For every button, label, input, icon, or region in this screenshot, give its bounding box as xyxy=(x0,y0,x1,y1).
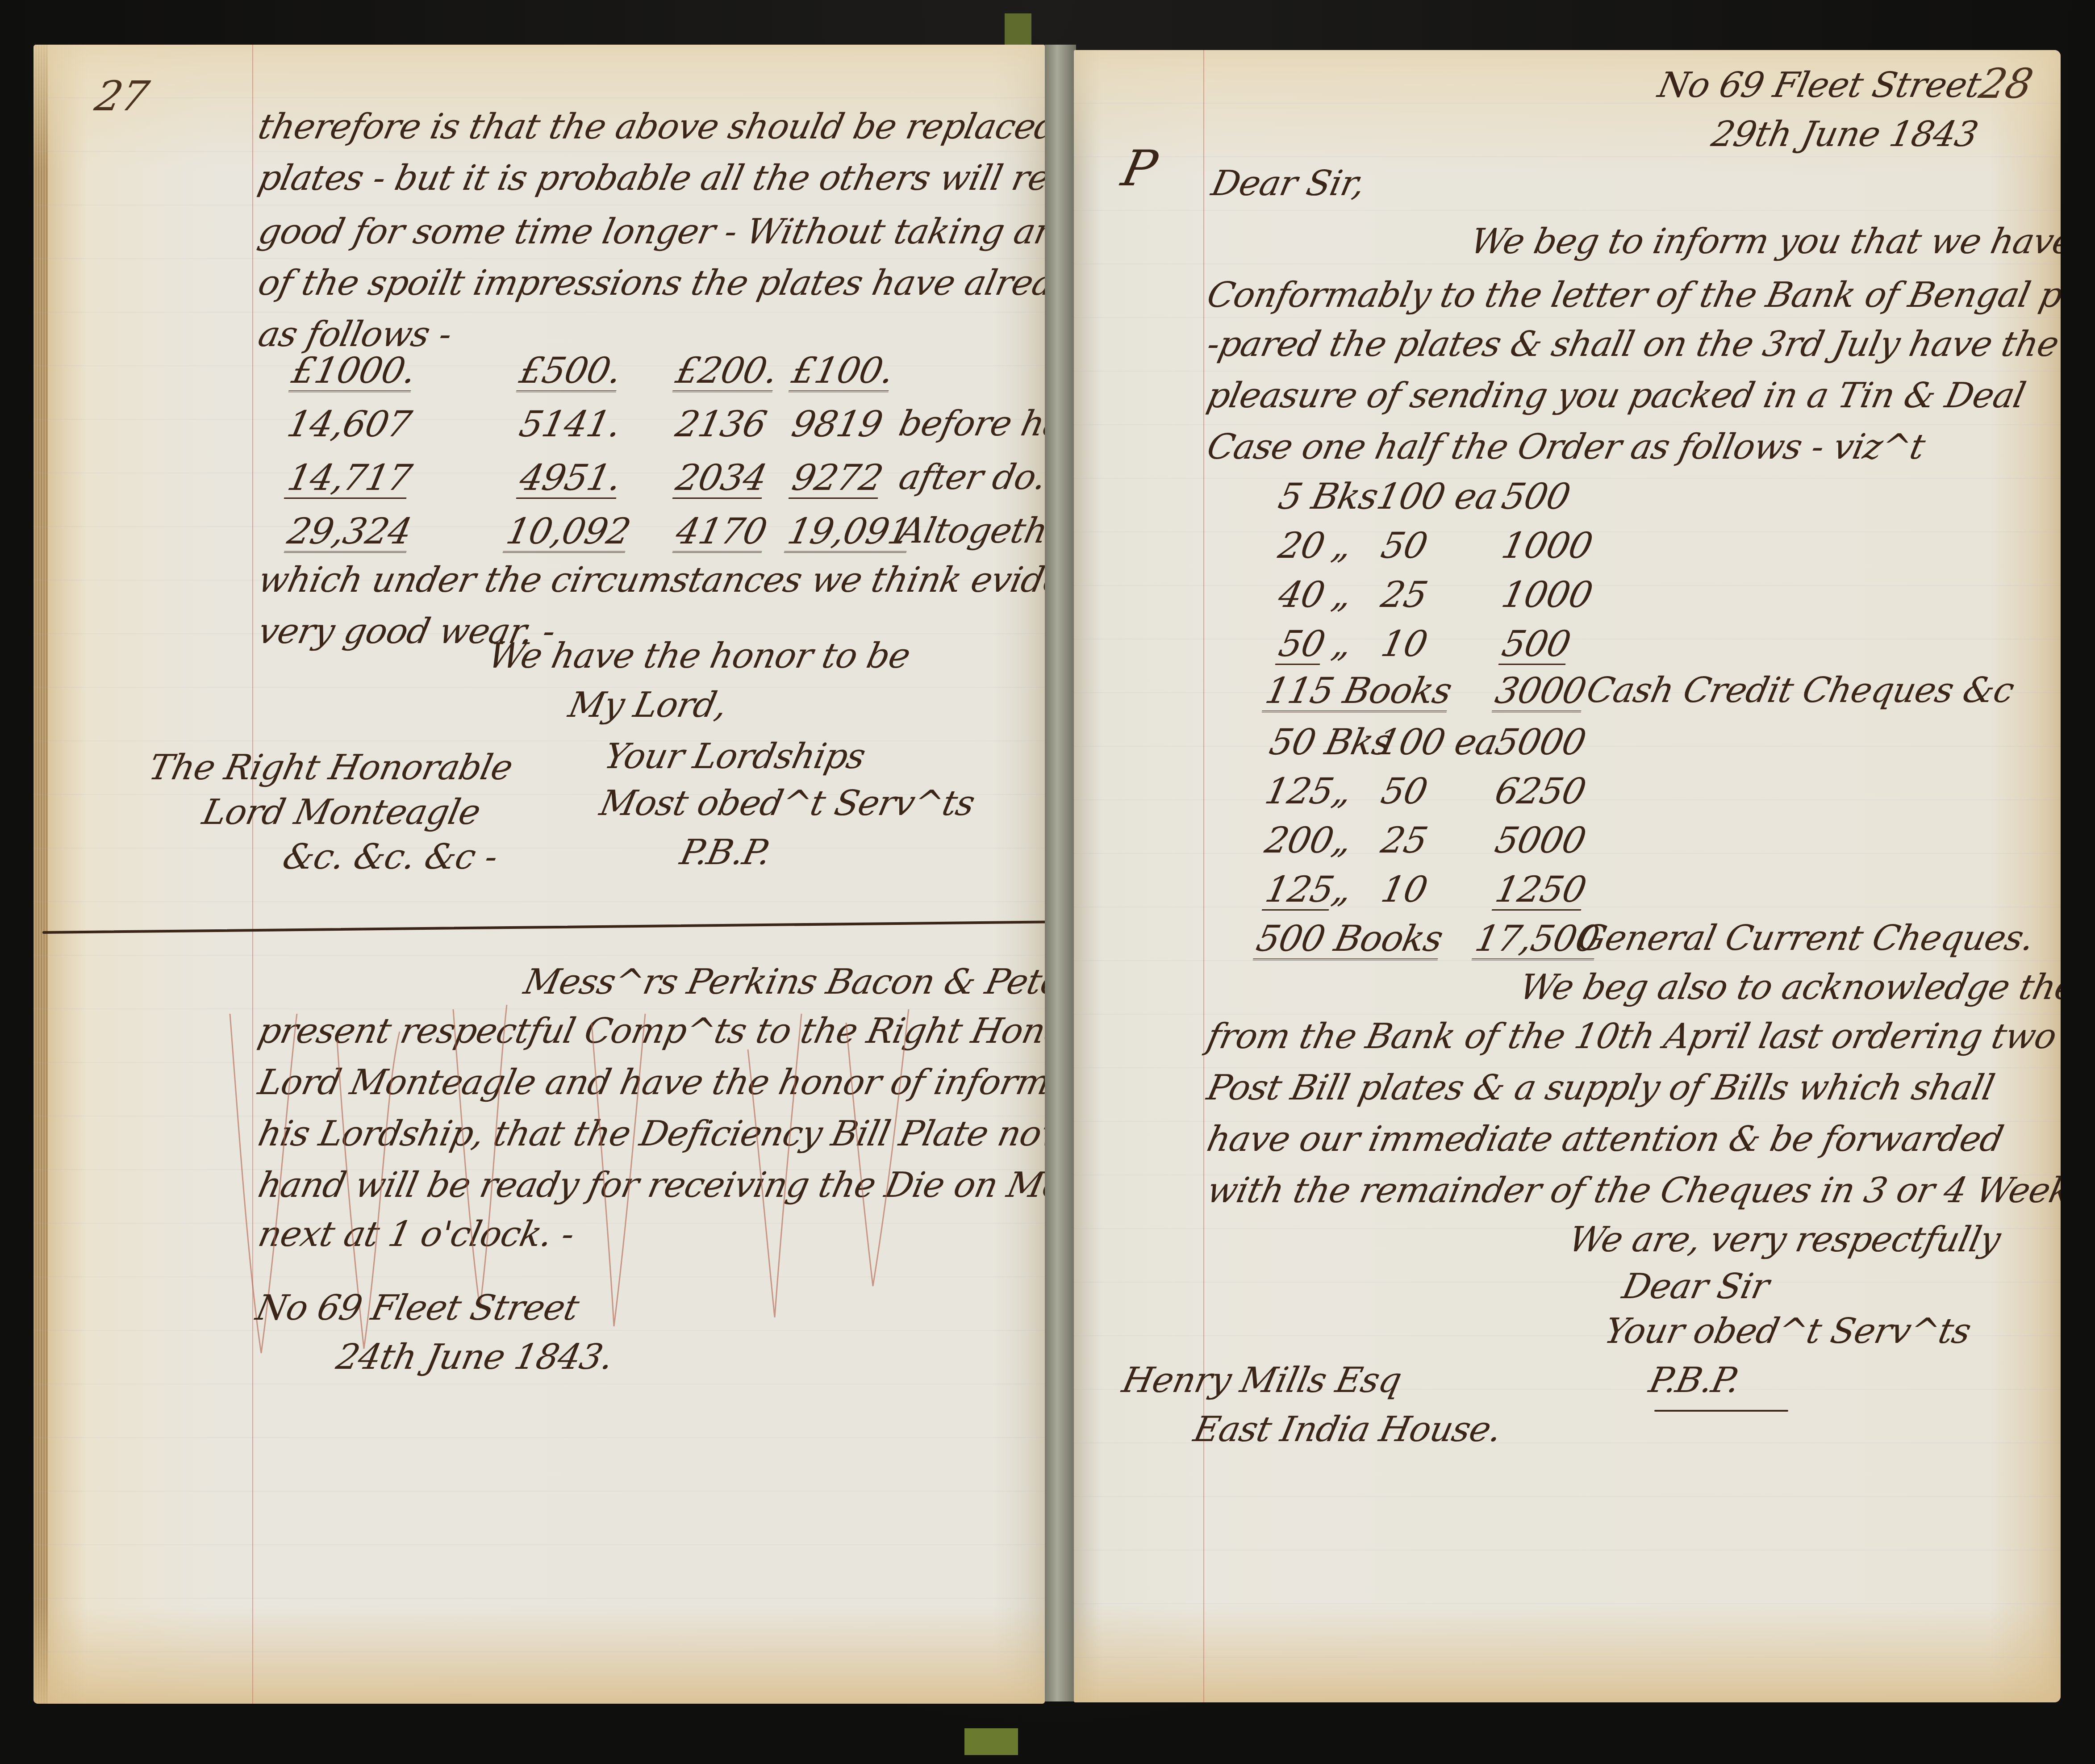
order-qty: 125 xyxy=(1262,773,1336,809)
text-line: plates - but it is probable all the othe… xyxy=(255,161,1045,196)
body-line: with the remainder of the Cheques in 3 o… xyxy=(1204,1173,2061,1208)
valediction-line: Your Lordships xyxy=(601,739,868,774)
paper-tint-bottom xyxy=(33,1605,1045,1704)
addressee-line: The Right Honorable xyxy=(146,750,516,785)
closing-line: We are, very respectfully xyxy=(1566,1222,2003,1257)
table-header: £500. xyxy=(516,353,625,392)
table-cell: 4951. xyxy=(516,460,625,499)
margin-rule xyxy=(1203,50,1204,1702)
body-line: We beg to inform you that we have xyxy=(1468,224,2061,259)
addressee-line: East India House. xyxy=(1191,1412,1505,1447)
order-qty: 200 xyxy=(1262,823,1336,858)
order-denom: 100 ea xyxy=(1373,479,1500,514)
order-summary-total: 3000 xyxy=(1492,673,1589,712)
table-cell: 19,091 xyxy=(784,514,915,553)
table-cell: 5141. xyxy=(516,406,624,442)
order-denom: 50 xyxy=(1378,528,1430,564)
order-summary-qty: 115 Books xyxy=(1262,673,1455,712)
order-summary-label: General Current Cheques. xyxy=(1575,921,2037,956)
addressee-line: Lord Monteagle xyxy=(200,795,483,830)
table-header: £200. xyxy=(672,353,781,392)
note-line: present respectful Comp^ts to the Right … xyxy=(255,1014,1045,1049)
table-cell: 2136 xyxy=(672,406,769,442)
ditto-mark: „ xyxy=(1329,528,1354,564)
order-qty: 125 xyxy=(1262,872,1337,911)
body-line: Conformably to the letter of the Bank of… xyxy=(1204,278,2061,313)
order-summary-qty: 500 Books xyxy=(1253,921,1446,960)
order-total: 5000 xyxy=(1492,823,1589,858)
margin-rule xyxy=(252,45,253,1704)
body-line: Case one half the Order as follows - viz… xyxy=(1204,430,1928,464)
signature-flourish xyxy=(1654,1410,1788,1412)
table-cell: 29,324 xyxy=(284,514,415,553)
ditto-mark: „ xyxy=(1329,626,1354,662)
table-cell: 14,607 xyxy=(284,406,414,442)
body-line: from the Bank of the 10th April last ord… xyxy=(1204,1019,2059,1054)
order-qty: 40 xyxy=(1275,577,1327,613)
order-total: 500 xyxy=(1498,626,1573,665)
page-number: 28 xyxy=(1976,63,2036,105)
order-qty: 50 xyxy=(1275,626,1328,665)
table-cell: 14,717 xyxy=(284,460,414,499)
page-edges xyxy=(33,45,48,1704)
note-address: No 69 Fleet Street xyxy=(253,1291,582,1325)
text-line: therefore is that the above should be re… xyxy=(255,109,1045,144)
text-line: which under the circumstances we think e… xyxy=(255,563,1045,598)
order-denom: 25 xyxy=(1378,823,1430,858)
bookmark-ribbon-bottom xyxy=(964,1728,1018,1755)
note-date: 24th June 1843. xyxy=(334,1340,616,1375)
body-line: have our immediate attention & be forwar… xyxy=(1204,1122,2006,1157)
right-page: 28 P No 69 Fleet Street 29th June 1843 D… xyxy=(1074,50,2061,1702)
table-note: Altogether xyxy=(896,514,1045,548)
order-denom: 50 xyxy=(1378,773,1430,809)
table-cell: 4170 xyxy=(672,514,770,553)
signature-initials: P.B.P. xyxy=(1646,1363,1743,1398)
order-total: 1000 xyxy=(1498,577,1595,613)
table-cell: 10,092 xyxy=(503,514,634,553)
note-line: Mess^rs Perkins Bacon & Petch xyxy=(521,965,1045,999)
order-summary-label: Cash Credit Cheques &c xyxy=(1584,673,2017,708)
note-line: next at 1 o'clock. - xyxy=(255,1217,577,1252)
salutation: Dear Sir, xyxy=(1209,166,1368,201)
table-header: £1000. xyxy=(288,353,419,392)
left-page: 27 therefore is that the above should be… xyxy=(33,45,1045,1704)
order-denom: 10 xyxy=(1378,626,1430,662)
valediction-line: My Lord, xyxy=(566,688,730,723)
closing-line: Dear Sir xyxy=(1619,1269,1772,1304)
table-cell: 2034 xyxy=(672,460,770,499)
valediction-line: Most obed^t Serv^ts xyxy=(597,786,978,821)
ditto-mark: „ xyxy=(1329,577,1354,613)
valediction-line: We have the honor to be xyxy=(485,639,913,673)
order-denom: 25 xyxy=(1378,577,1430,613)
book-gutter xyxy=(1045,45,1076,1701)
order-total: 500 xyxy=(1498,479,1573,514)
order-total: 1000 xyxy=(1498,528,1595,564)
letter-date: 29th June 1843 xyxy=(1709,117,1981,152)
addressee-line: Henry Mills Esq xyxy=(1119,1363,1405,1398)
note-line: hand will be ready for receiving the Die… xyxy=(255,1168,1045,1203)
order-denom: 10 xyxy=(1378,872,1430,907)
letter-address: No 69 Fleet Street xyxy=(1655,68,1984,103)
order-qty: 5 Bks xyxy=(1275,479,1381,514)
signature-initials: P.B.P. xyxy=(677,835,774,870)
order-denom: 100 ea xyxy=(1373,724,1500,760)
order-total: 6250 xyxy=(1492,773,1589,809)
closing-line: Your obed^t Serv^ts xyxy=(1602,1314,1974,1349)
margin-check-mark: P xyxy=(1118,144,1160,193)
paper-tint-bottom xyxy=(1074,1604,2061,1702)
table-note: before hardening xyxy=(896,406,1045,441)
page-number: 27 xyxy=(92,76,152,117)
table-header: £100. xyxy=(789,353,897,392)
note-line: his Lordship, that the Deficiency Bill P… xyxy=(255,1116,1045,1151)
section-divider xyxy=(42,920,1045,934)
note-line: Lord Monteagle and have the honor of inf… xyxy=(255,1065,1045,1100)
order-total: 1250 xyxy=(1492,872,1589,911)
addressee-line: &c. &c. &c - xyxy=(280,840,501,874)
bookmark-ribbon-top xyxy=(1005,13,1031,49)
order-qty: 20 xyxy=(1275,528,1327,564)
body-line: -pared the plates & shall on the 3rd Jul… xyxy=(1204,327,2061,362)
text-line: as follows - xyxy=(255,317,455,352)
text-line: of the spoilt impressions the plates hav… xyxy=(255,266,1045,301)
order-total: 5000 xyxy=(1492,724,1589,760)
text-line: good for some time longer - Without taki… xyxy=(255,214,1045,249)
table-cell: 9272 xyxy=(789,460,886,499)
table-note: after do. - xyxy=(896,460,1045,495)
body-line: pleasure of sending you packed in a Tin … xyxy=(1204,378,2028,413)
body-line: We beg also to acknowledge the letter xyxy=(1517,970,2061,1005)
table-cell: 9819 xyxy=(789,406,885,442)
body-line: Post Bill plates & a supply of Bills whi… xyxy=(1204,1070,1997,1105)
